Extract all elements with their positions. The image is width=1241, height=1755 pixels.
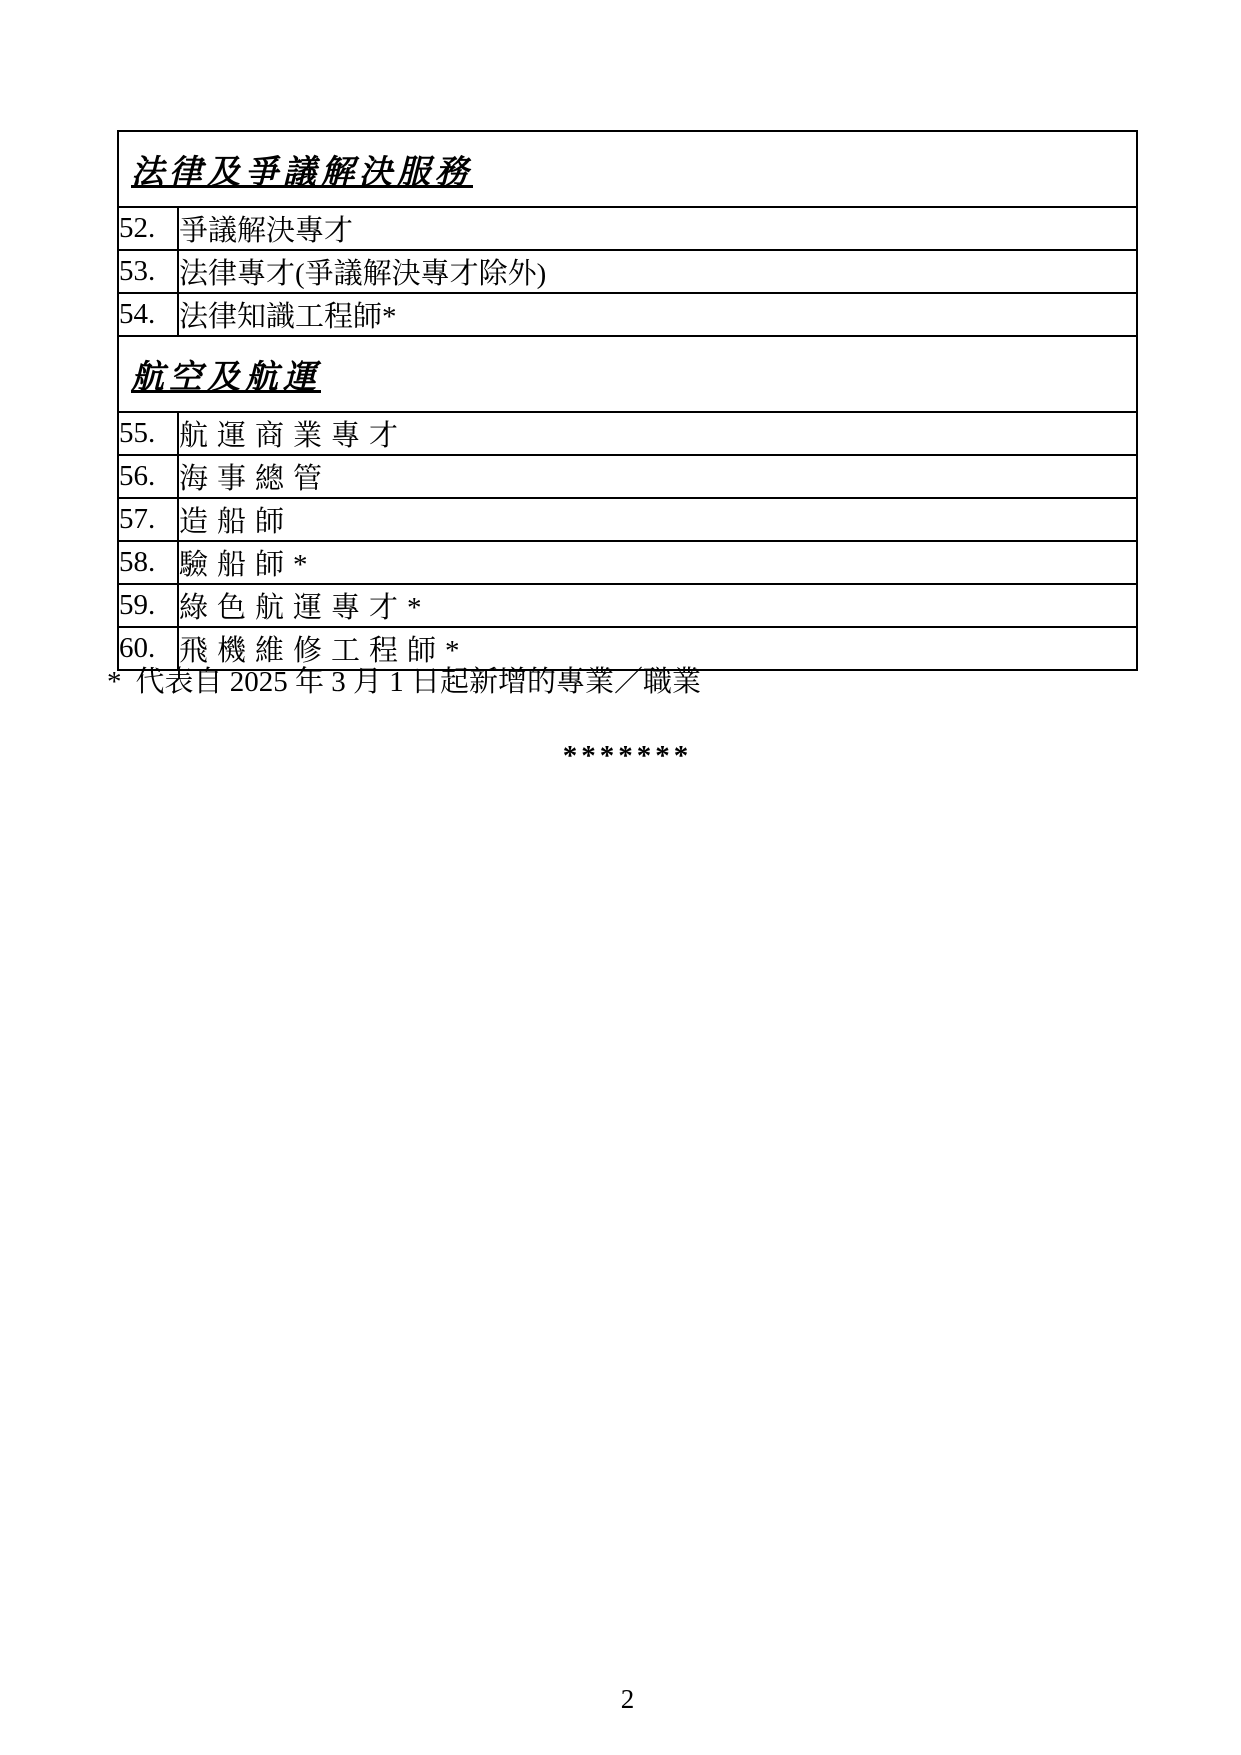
asterisk-separator: *******: [117, 740, 1138, 773]
table-row: 53. 法律專才(爭議解決專才除外): [118, 250, 1137, 293]
row-label: 驗船師*: [178, 541, 1137, 584]
row-number: 52.: [118, 207, 178, 250]
row-label: 航運商業專才: [178, 412, 1137, 455]
row-number: 53.: [118, 250, 178, 293]
table-row: 54. 法律知識工程師*: [118, 293, 1137, 336]
professions-table: 法律及爭議解決服務 52. 爭議解決專才 53. 法律專才(爭議解決專才除外) …: [117, 130, 1138, 671]
row-label: 法律知識工程師*: [178, 293, 1137, 336]
document-page: 法律及爭議解決服務 52. 爭議解決專才 53. 法律專才(爭議解決專才除外) …: [0, 0, 1241, 1755]
section-row-aviation: 航空及航運: [118, 336, 1137, 412]
footnote-asterisk: *: [107, 666, 122, 699]
section-header-aviation: 航空及航運: [131, 360, 321, 396]
row-number: 54.: [118, 293, 178, 336]
table-row: 58. 驗船師*: [118, 541, 1137, 584]
row-number: 56.: [118, 455, 178, 498]
row-label: 法律專才(爭議解決專才除外): [178, 250, 1137, 293]
section-header-legal: 法律及爭議解決服務: [131, 155, 473, 191]
row-label: 造船師: [178, 498, 1137, 541]
footnote-text: 代表自 2025 年 3 月 1 日起新增的專業／職業: [136, 666, 702, 698]
footnote: *代表自 2025 年 3 月 1 日起新增的專業／職業: [107, 659, 701, 700]
row-label: 爭議解決專才: [178, 207, 1137, 250]
section-row-legal: 法律及爭議解決服務: [118, 131, 1137, 207]
row-number: 59.: [118, 584, 178, 627]
table-row: 57. 造船師: [118, 498, 1137, 541]
row-number: 57.: [118, 498, 178, 541]
page-number: 2: [117, 1684, 1138, 1715]
table-row: 55. 航運商業專才: [118, 412, 1137, 455]
table-row: 56. 海事總管: [118, 455, 1137, 498]
row-label: 綠色航運專才*: [178, 584, 1137, 627]
row-label: 海事總管: [178, 455, 1137, 498]
row-number: 58.: [118, 541, 178, 584]
table-row: 59. 綠色航運專才*: [118, 584, 1137, 627]
row-number: 55.: [118, 412, 178, 455]
table-row: 52. 爭議解決專才: [118, 207, 1137, 250]
